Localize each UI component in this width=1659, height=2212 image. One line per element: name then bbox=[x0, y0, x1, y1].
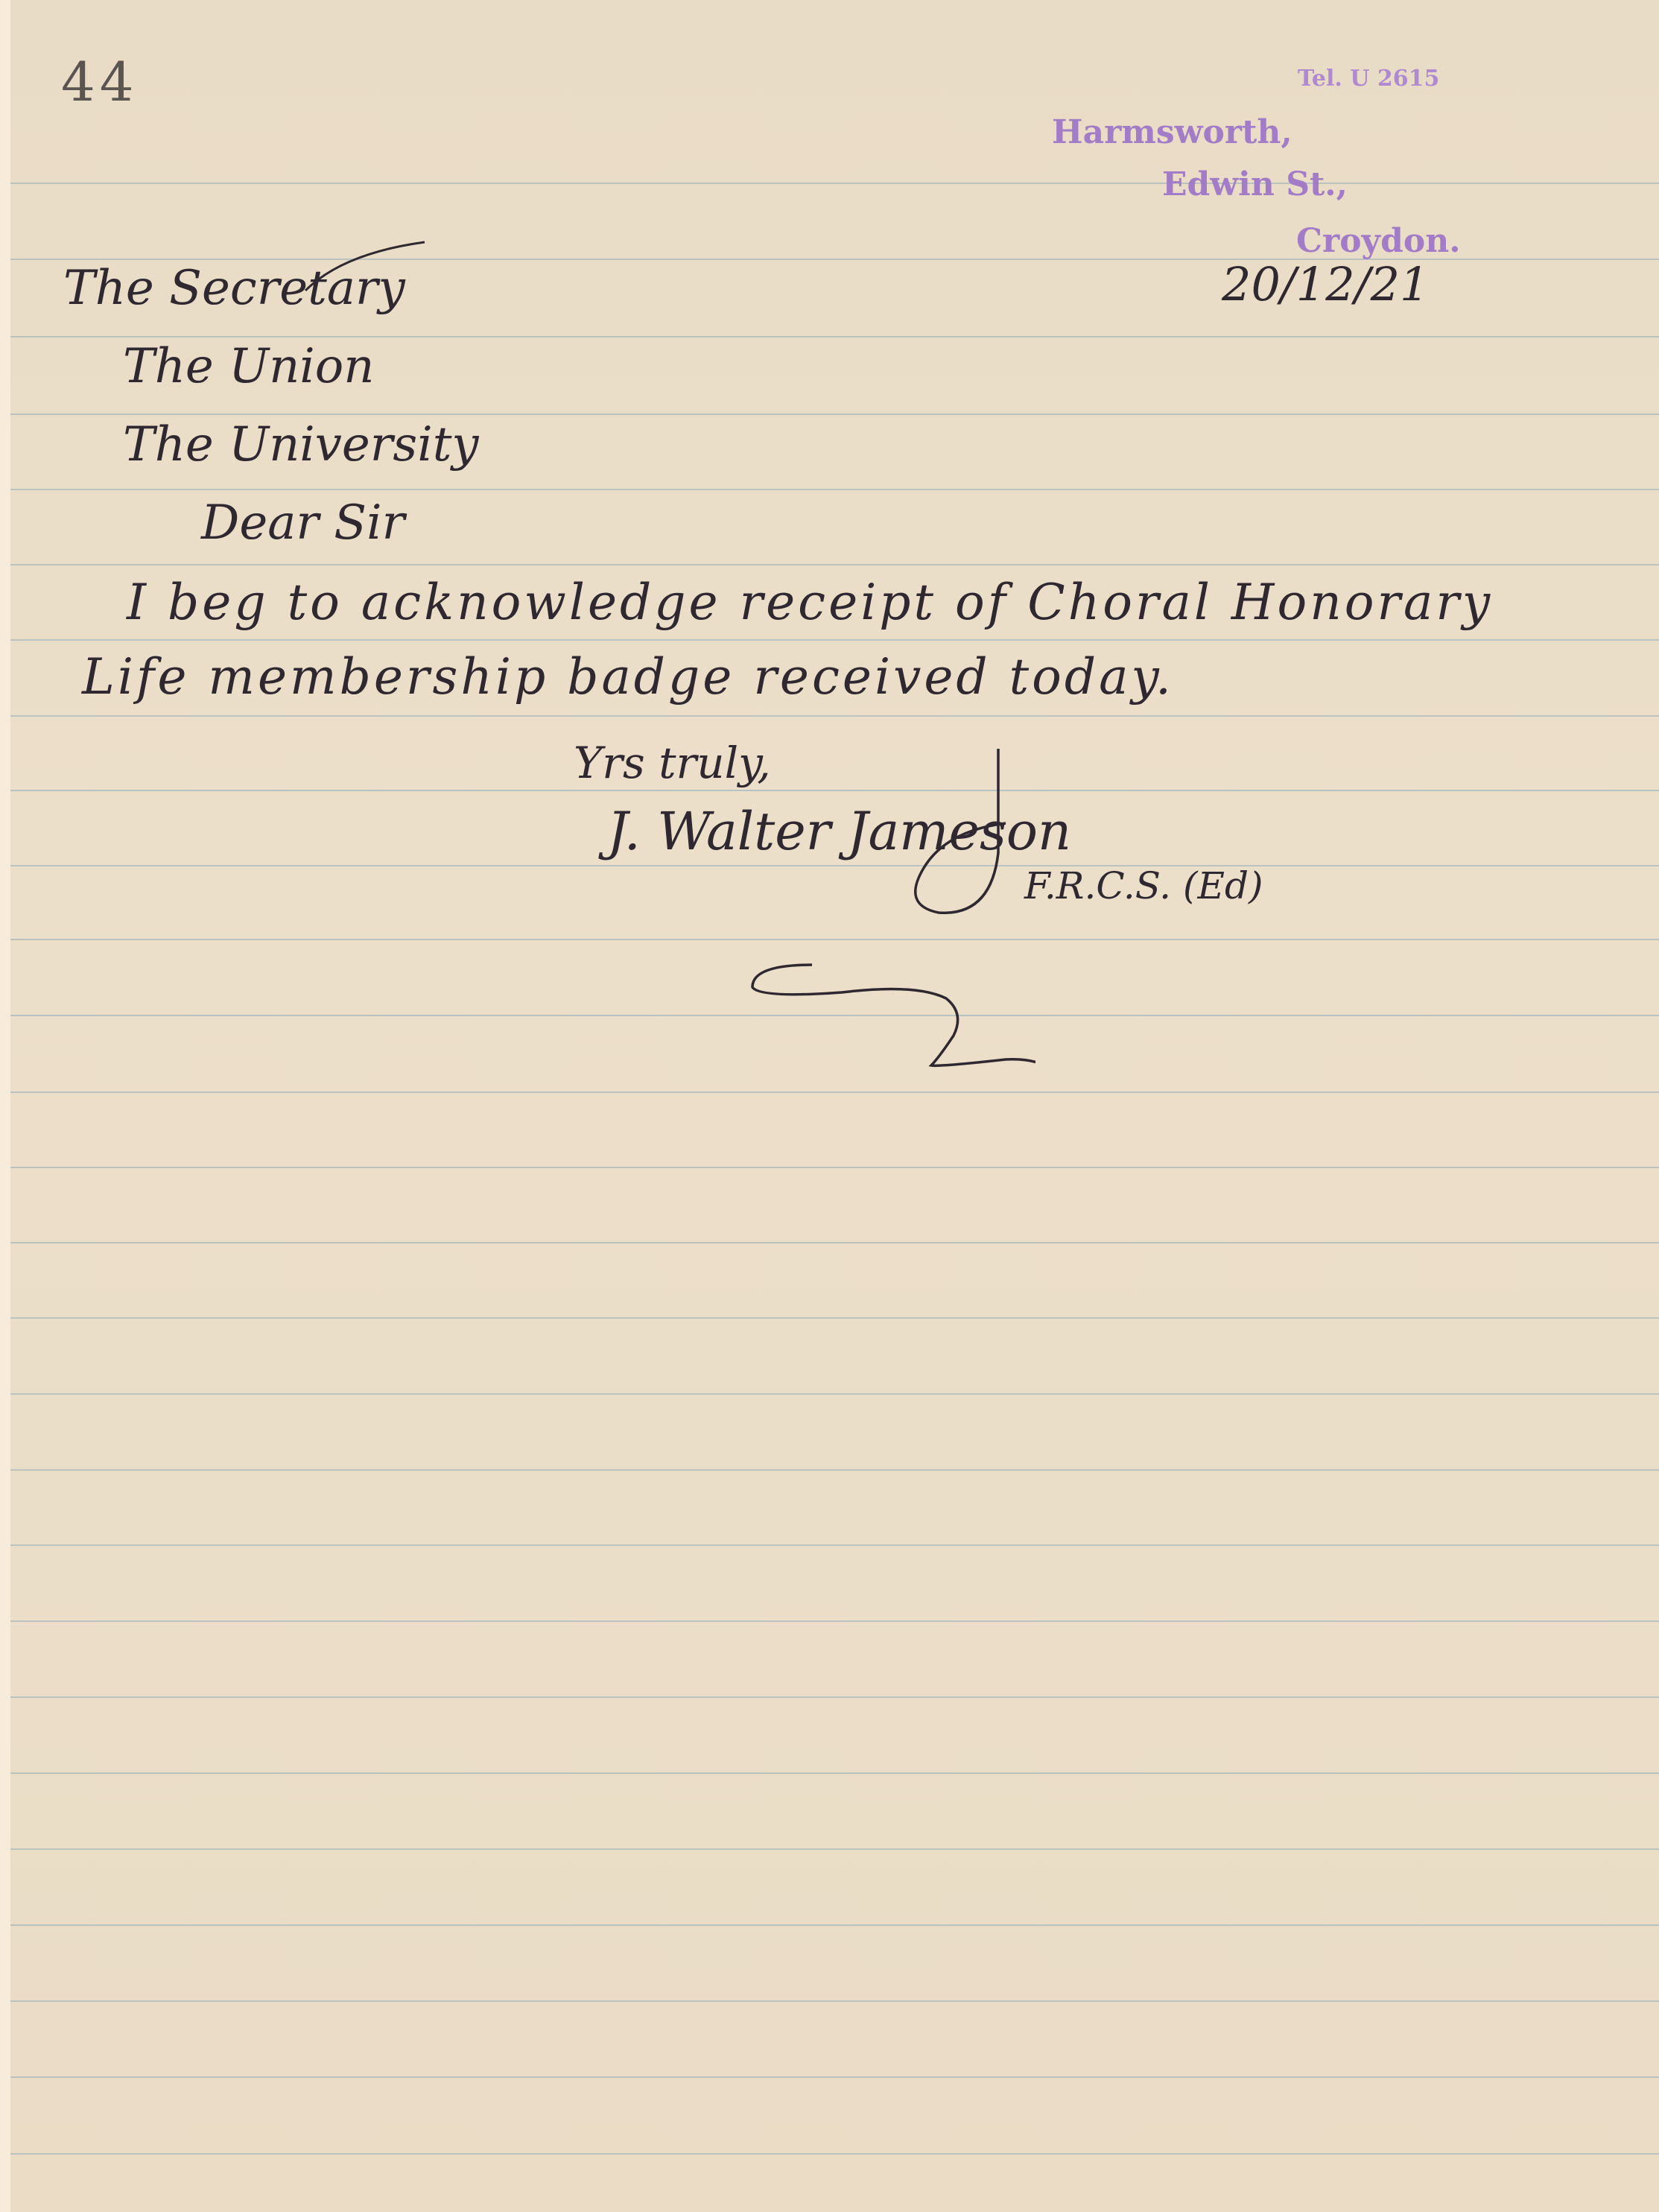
ruled-line bbox=[10, 1469, 1659, 1471]
ruled-line bbox=[10, 1772, 1659, 1774]
letterhead-street: Edwin St., bbox=[1162, 165, 1348, 203]
ruled-line bbox=[10, 1242, 1659, 1243]
ruled-line bbox=[10, 1167, 1659, 1168]
ruled-line bbox=[10, 489, 1659, 490]
letterhead-name: Harmsworth, bbox=[1052, 113, 1292, 151]
recipient-line-2: The Union bbox=[123, 339, 375, 394]
ruled-line bbox=[10, 1924, 1659, 1926]
signature-credentials: F.R.C.S. (Ed) bbox=[1024, 864, 1263, 907]
ruled-line bbox=[10, 790, 1659, 791]
ruled-line bbox=[10, 1696, 1659, 1698]
ruled-line bbox=[10, 413, 1659, 415]
letter-date: 20/12/21 bbox=[1222, 257, 1429, 311]
recipient-line-1: The Secretary bbox=[63, 261, 405, 316]
letter-paper bbox=[10, 0, 1659, 2212]
ruled-line bbox=[10, 1091, 1659, 1093]
salutation: Dear Sir bbox=[201, 495, 405, 551]
ruled-line bbox=[10, 1317, 1659, 1319]
ruled-line bbox=[10, 1848, 1659, 1850]
ruled-line bbox=[10, 639, 1659, 641]
letterhead-town: Croydon. bbox=[1296, 222, 1461, 260]
body-line-2: Life membership badge received today. bbox=[82, 648, 1174, 706]
ruled-line bbox=[10, 865, 1659, 866]
letterhead-telephone: Tel. U 2615 bbox=[1298, 66, 1439, 92]
ruled-line bbox=[10, 2000, 1659, 2002]
closing: Yrs truly, bbox=[574, 738, 771, 788]
ruled-line bbox=[10, 564, 1659, 565]
folio-number: 44 bbox=[61, 51, 139, 113]
ruled-line bbox=[10, 1544, 1659, 1546]
ruled-line bbox=[10, 1393, 1659, 1395]
ruled-line bbox=[10, 715, 1659, 717]
ruled-line bbox=[10, 2153, 1659, 2155]
recipient-line-3: The University bbox=[123, 417, 479, 472]
signature: J. Walter Jameson bbox=[607, 801, 1071, 862]
flourish-icon bbox=[708, 939, 1035, 1073]
body-line-1: I beg to acknowledge receipt of Choral H… bbox=[127, 574, 1493, 631]
ruled-line bbox=[10, 1620, 1659, 1622]
ruled-line bbox=[10, 2076, 1659, 2078]
ruled-line bbox=[10, 183, 1659, 184]
ruled-line bbox=[10, 336, 1659, 337]
